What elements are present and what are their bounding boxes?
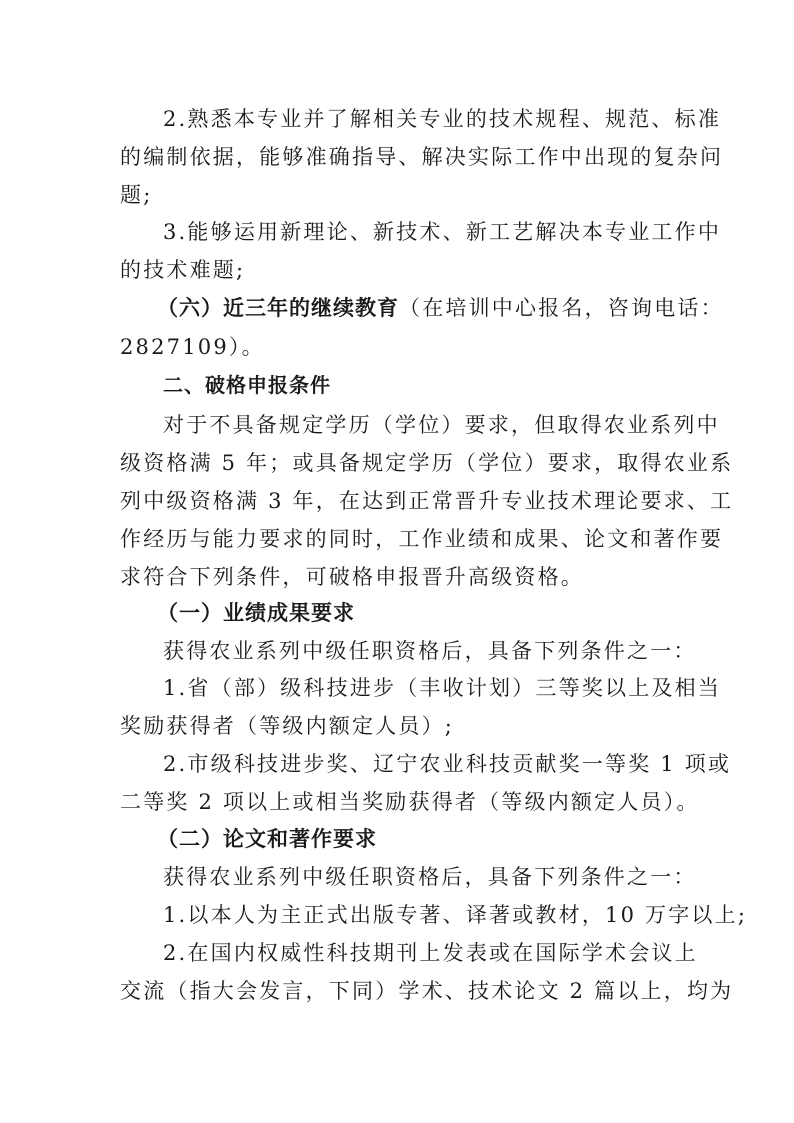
section-heading: 二、破格申报条件	[163, 370, 676, 400]
paragraph-line: 获得农业系列中级任职资格后，具备下列条件之一：	[163, 862, 676, 892]
paragraph-line: 求符合下列条件，可破格申报晋升高级资格。	[120, 562, 676, 592]
paragraph-line: 列中级资格满 3 年，在达到正常晋升专业技术理论要求、工	[120, 486, 676, 516]
paragraph-line: 级资格满 5 年；或具备规定学历（学位）要求，取得农业系	[120, 448, 676, 478]
paragraph-line: 二等奖 2 项以上或相当奖励获得者（等级内额定人员）。	[120, 787, 676, 817]
paragraph-line: 奖励获得者（等级内额定人员）;	[120, 711, 676, 741]
subsection-heading-with-note: （六）近三年的继续教育（在培训中心报名，咨询电话：	[157, 293, 676, 323]
paragraph-line: 题;	[120, 180, 676, 210]
paragraph-line: 对于不具备规定学历（学位）要求，但取得农业系列中	[163, 410, 676, 440]
paragraph-line: 2.市级科技进步奖、辽宁农业科技贡献奖一等奖 1 项或	[163, 749, 676, 779]
paragraph-line: 2827109）。	[120, 332, 676, 362]
subsection-heading: （二）论文和著作要求	[157, 824, 676, 854]
subsection-title: （六）近三年的继续教育	[157, 295, 399, 320]
paragraph-line: 3.能够运用新理论、新技术、新工艺解决本专业工作中	[163, 217, 676, 247]
paragraph-line: 1.以本人为主正式出版专著、译著或教材，10 万字以上;	[163, 900, 676, 930]
paragraph-line: 作经历与能力要求的同时，工作业绩和成果、论文和著作要	[120, 524, 676, 554]
paragraph-line: 2.在国内权威性科技期刊上发表或在国际学术会议上	[163, 938, 676, 968]
subsection-heading: （一）业绩成果要求	[157, 598, 676, 628]
paragraph-line: 2.熟悉本专业并了解相关专业的技术规程、规范、标准	[163, 104, 676, 134]
document-page: 2.熟悉本专业并了解相关专业的技术规程、规范、标准的编制依据，能够准确指导、解决…	[0, 0, 794, 1123]
paragraph-line: 获得农业系列中级任职资格后，具备下列条件之一：	[163, 636, 676, 666]
subsection-note: （在培训中心报名，咨询电话：	[399, 296, 724, 320]
paragraph-line: 的编制依据，能够准确指导、解决实际工作中出现的复杂问	[120, 142, 676, 172]
paragraph-line: 1.省（部）级科技进步（丰收计划）三等奖以上及相当	[163, 673, 676, 703]
paragraph-line: 交流（指大会发言，下同）学术、技术论文 2 篇以上，均为	[120, 976, 676, 1006]
paragraph-line: 的技术难题;	[120, 255, 676, 285]
